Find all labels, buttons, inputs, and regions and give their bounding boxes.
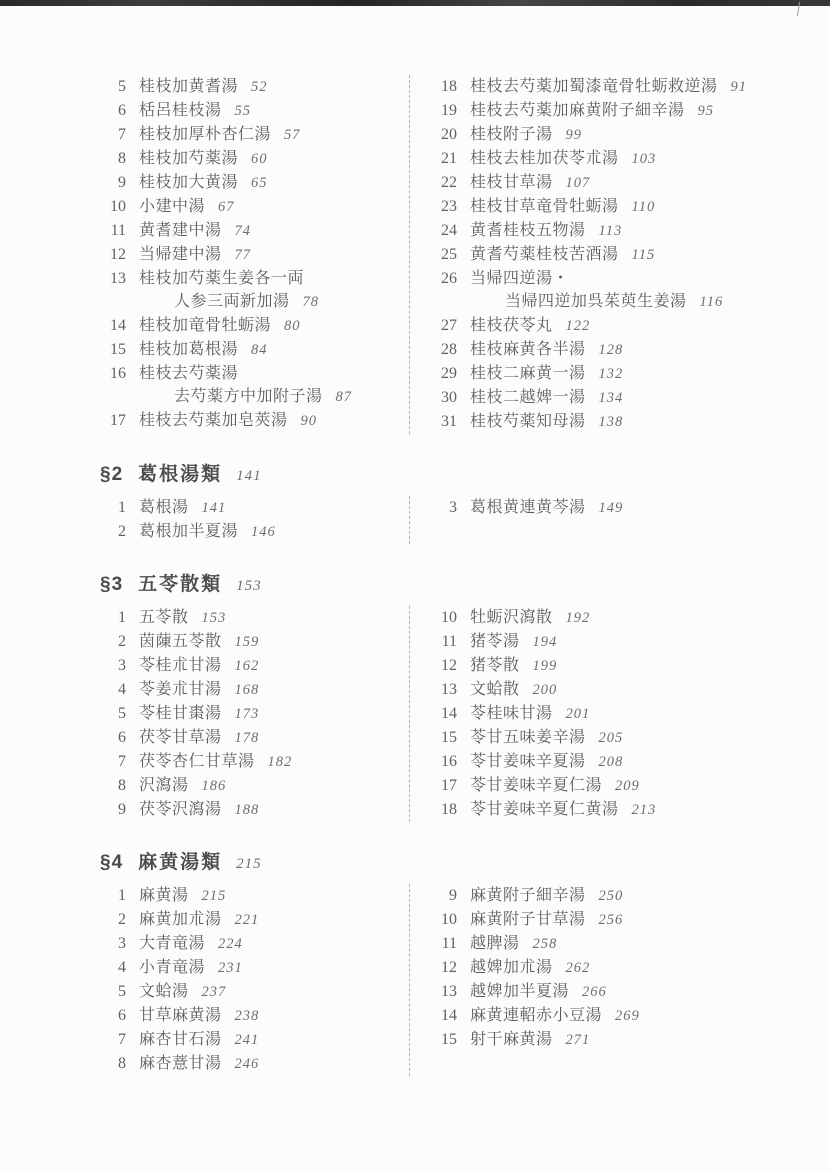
entry-title: 猪苓散 [470, 657, 520, 674]
toc-entry: 13文蛤散200 [431, 678, 794, 702]
entry-number: 9 [100, 171, 126, 195]
entry-number: 5 [100, 980, 126, 1004]
entry-line: 葛根黄連黄芩湯149 [470, 496, 794, 520]
entry-body: 苓甘姜味辛夏仁湯209 [470, 774, 794, 798]
entry-title: 葛根加半夏湯 [139, 523, 238, 540]
entry-title: 五苓散 [139, 609, 189, 626]
entry-title: 桂枝加葛根湯 [139, 341, 238, 358]
entry-number: 12 [431, 654, 457, 678]
section-title: 麻黄湯類 [138, 852, 222, 873]
entry-line: 小青竜湯231 [139, 956, 409, 980]
entry-body: 五苓散153 [139, 606, 409, 630]
toc-entry: 19桂枝去芍薬加麻黄附子細辛湯95 [431, 99, 794, 123]
entry-line: 桂枝加芍薬湯60 [139, 147, 409, 171]
entry-title: 麻杏甘石湯 [139, 1031, 222, 1048]
entry-line: 麻黄加朮湯221 [139, 908, 409, 932]
entry-page-number: 213 [632, 802, 657, 818]
toc-entry: 4小青竜湯231 [100, 956, 409, 980]
entry-page-number: 256 [599, 912, 624, 928]
entry-title: 苓桂朮甘湯 [139, 657, 222, 674]
section-title: 葛根湯類 [138, 464, 222, 485]
entry-number: 9 [100, 798, 126, 822]
entry-title: 桂枝甘草竜骨牡蛎湯 [470, 198, 619, 215]
entry-title: 茵蔯五苓散 [139, 633, 222, 650]
entry-body: 文蛤湯237 [139, 980, 409, 1004]
entry-number: 10 [431, 606, 457, 630]
toc-entry: 5苓桂甘棗湯173 [100, 702, 409, 726]
entry-page-number: 238 [235, 1008, 260, 1024]
entry-body: 麻黄附子細辛湯250 [470, 884, 794, 908]
entry-body: 桂枝加大黄湯65 [139, 171, 409, 195]
entry-body: 苓桂朮甘湯162 [139, 654, 409, 678]
entry-line: 麻杏薏甘湯246 [139, 1052, 409, 1076]
left-column: 1麻黄湯2152麻黄加朮湯2213大青竜湯2244小青竜湯2315文蛤湯2376… [100, 884, 409, 1076]
entry-title: 沢瀉湯 [139, 777, 189, 794]
entry-page-number: 138 [599, 414, 624, 430]
entry-line: 麻杏甘石湯241 [139, 1028, 409, 1052]
entry-page-number: 113 [599, 223, 623, 239]
entry-number: 19 [431, 99, 457, 123]
section-header: §3五苓散類153 [100, 570, 794, 601]
entry-line: 桂枝去芍薬加麻黄附子細辛湯95 [470, 99, 794, 123]
entry-number: 15 [431, 1028, 457, 1052]
entry-body: 茵蔯五苓散159 [139, 630, 409, 654]
entry-page-number: 115 [632, 247, 656, 263]
entry-page-number: 266 [582, 984, 607, 1000]
entry-body: 黄耆芍薬桂枝苦酒湯115 [470, 243, 794, 267]
entry-page-number: 110 [632, 199, 656, 215]
entry-body: 桂枝加芍薬生姜各一両人参三両新加湯78 [139, 267, 409, 314]
entry-line: 越脾湯258 [470, 932, 794, 956]
toc-entry: 1葛根湯141 [100, 496, 409, 520]
left-column: 1葛根湯1412葛根加半夏湯146 [100, 496, 409, 544]
entry-number: 5 [100, 75, 126, 99]
entry-line: 苓甘姜味辛夏仁湯209 [470, 774, 794, 798]
entry-body: 射干麻黄湯271 [470, 1028, 794, 1052]
entry-number: 20 [431, 123, 457, 147]
entry-title: 葛根黄連黄芩湯 [470, 499, 586, 516]
entry-body: 桂枝二麻黄一湯132 [470, 362, 794, 386]
toc-entry: 14苓桂味甘湯201 [431, 702, 794, 726]
entry-number: 6 [100, 99, 126, 123]
entry-body: 桂枝去芍薬加皂莢湯90 [139, 409, 409, 433]
entry-number: 17 [431, 774, 457, 798]
entry-page-number: 173 [235, 706, 260, 722]
entry-body: 甘草麻黄湯238 [139, 1004, 409, 1028]
entry-page-number: 186 [202, 778, 227, 794]
entry-title: 文蛤湯 [139, 983, 189, 1000]
entry-title: 桂枝甘草湯 [470, 174, 553, 191]
entry-number: 21 [431, 147, 457, 171]
left-column: 5桂枝加黄耆湯526栝呂桂枝湯557桂枝加厚朴杏仁湯578桂枝加芍薬湯609桂枝… [100, 75, 409, 434]
entry-page-number: 262 [566, 960, 591, 976]
entry-number: 15 [431, 726, 457, 750]
entry-page-number: 99 [566, 127, 583, 143]
entry-page-number: 141 [202, 500, 227, 516]
entry-line: 桂枝去芍薬湯 [139, 362, 409, 385]
toc-entry: 21桂枝去桂加茯苓朮湯103 [431, 147, 794, 171]
toc-entry: 5文蛤湯237 [100, 980, 409, 1004]
entry-title: 射干麻黄湯 [470, 1031, 553, 1048]
entry-number: 28 [431, 338, 457, 362]
entry-line: 苓桂朮甘湯162 [139, 654, 409, 678]
toc-entry: 28桂枝麻黄各半湯128 [431, 338, 794, 362]
entry-page-number: 258 [533, 936, 558, 952]
entry-title: 麻黄附子細辛湯 [470, 887, 586, 904]
entry-number: 7 [100, 1028, 126, 1052]
entry-title: 当帰建中湯 [139, 246, 222, 263]
toc-entry: 23桂枝甘草竜骨牡蛎湯110 [431, 195, 794, 219]
entry-body: 黄耆建中湯74 [139, 219, 409, 243]
toc-entry: 18桂枝去芍薬加蜀漆竜骨牡蛎救逆湯91 [431, 75, 794, 99]
entry-line: 茯苓沢瀉湯188 [139, 798, 409, 822]
entry-body: 桂枝茯苓丸122 [470, 314, 794, 338]
entry-line: 桂枝甘草竜骨牡蛎湯110 [470, 195, 794, 219]
entry-title: 小青竜湯 [139, 959, 205, 976]
entry-title: 桂枝去芍薬加麻黄附子細辛湯 [470, 102, 685, 119]
entry-number: 5 [100, 702, 126, 726]
entry-body: 文蛤散200 [470, 678, 794, 702]
entry-number: 6 [100, 1004, 126, 1028]
entry-number: 2 [100, 520, 126, 544]
entry-number: 25 [431, 243, 457, 267]
entry-page-number: 116 [700, 294, 724, 310]
toc-entry: 12当帰建中湯77 [100, 243, 409, 267]
entry-subtitle: 当帰四逆加呉茱萸生姜湯 [505, 293, 687, 310]
entry-title: 黄耆建中湯 [139, 222, 222, 239]
toc-section: §3五苓散類1531五苓散1532茵蔯五苓散1593苓桂朮甘湯1624苓姜朮甘湯… [100, 570, 794, 822]
entry-title: 猪苓湯 [470, 633, 520, 650]
toc-entry: 11越脾湯258 [431, 932, 794, 956]
entry-number: 24 [431, 219, 457, 243]
entry-page-number: 122 [566, 318, 591, 334]
entry-line: 茯苓杏仁甘草湯182 [139, 750, 409, 774]
entry-line: 葛根湯141 [139, 496, 409, 520]
entry-line: 越婢加半夏湯266 [470, 980, 794, 1004]
entry-body: 桂枝加葛根湯84 [139, 338, 409, 362]
entry-body: 葛根黄連黄芩湯149 [470, 496, 794, 520]
entry-title: 苓甘姜味辛夏仁湯 [470, 777, 602, 794]
entry-title: 苓姜朮甘湯 [139, 681, 222, 698]
entry-page-number: 188 [235, 802, 260, 818]
section-marker: §3 [100, 574, 123, 595]
right-column: 18桂枝去芍薬加蜀漆竜骨牡蛎救逆湯9119桂枝去芍薬加麻黄附子細辛湯9520桂枝… [410, 75, 794, 434]
toc-entry: 15射干麻黄湯271 [431, 1028, 794, 1052]
entry-number: 4 [100, 956, 126, 980]
section-columns: 5桂枝加黄耆湯526栝呂桂枝湯557桂枝加厚朴杏仁湯578桂枝加芍薬湯609桂枝… [100, 75, 794, 434]
toc-entry: 13桂枝加芍薬生姜各一両人参三両新加湯78 [100, 267, 409, 314]
toc-section: §2葛根湯類1411葛根湯1412葛根加半夏湯1463葛根黄連黄芩湯149 [100, 460, 794, 544]
section-marker: §2 [100, 464, 123, 485]
entry-line: 文蛤湯237 [139, 980, 409, 1004]
entry-title: 苓桂味甘湯 [470, 705, 553, 722]
toc-entry: 7茯苓杏仁甘草湯182 [100, 750, 409, 774]
entry-title: 越婢加半夏湯 [470, 983, 569, 1000]
entry-page-number: 159 [235, 634, 260, 650]
entry-body: 猪苓湯194 [470, 630, 794, 654]
right-column: 9麻黄附子細辛湯25010麻黄附子甘草湯25611越脾湯25812越婢加朮湯26… [410, 884, 794, 1076]
entry-title: 桂枝芍薬知母湯 [470, 413, 586, 430]
entry-body: 麻黄湯215 [139, 884, 409, 908]
entry-number: 1 [100, 884, 126, 908]
entry-body: 苓甘姜味辛夏仁黄湯213 [470, 798, 794, 822]
toc-entry: 7麻杏甘石湯241 [100, 1028, 409, 1052]
entry-line: 桂枝加厚朴杏仁湯57 [139, 123, 409, 147]
toc-entry: 6栝呂桂枝湯55 [100, 99, 409, 123]
entry-title: 越婢加朮湯 [470, 959, 553, 976]
toc-entry: 8沢瀉湯186 [100, 774, 409, 798]
entry-number: 16 [100, 362, 126, 409]
entry-body: 当帰建中湯77 [139, 243, 409, 267]
entry-title: 麻黄加朮湯 [139, 911, 222, 928]
entry-body: 茯苓甘草湯178 [139, 726, 409, 750]
entry-line: 麻黄附子細辛湯250 [470, 884, 794, 908]
entry-page-number: 199 [533, 658, 558, 674]
entry-page-number: 103 [632, 151, 657, 167]
entry-title: 桂枝茯苓丸 [470, 317, 553, 334]
entry-body: 小青竜湯231 [139, 956, 409, 980]
toc-entry: 24黄耆桂枝五物湯113 [431, 219, 794, 243]
toc: 5桂枝加黄耆湯526栝呂桂枝湯557桂枝加厚朴杏仁湯578桂枝加芍薬湯609桂枝… [100, 75, 794, 1076]
entry-title: 苓甘姜味辛夏湯 [470, 753, 586, 770]
entry-page-number: 78 [303, 294, 320, 310]
entry-page-number: 215 [202, 888, 227, 904]
entry-line: 桂枝去芍薬加皂莢湯90 [139, 409, 409, 433]
entry-body: 栝呂桂枝湯55 [139, 99, 409, 123]
entry-line: 桂枝去桂加茯苓朮湯103 [470, 147, 794, 171]
toc-entry: 14麻黄連軺赤小豆湯269 [431, 1004, 794, 1028]
toc-entry: 9麻黄附子細辛湯250 [431, 884, 794, 908]
entry-line: 文蛤散200 [470, 678, 794, 702]
entry-line-continuation: 去芍薬方中加附子湯87 [139, 385, 409, 409]
toc-entry: 8桂枝加芍薬湯60 [100, 147, 409, 171]
entry-number: 2 [100, 908, 126, 932]
toc-entry: 31桂枝芍薬知母湯138 [431, 410, 794, 434]
entry-body: 麻杏甘石湯241 [139, 1028, 409, 1052]
entry-page-number: 107 [566, 175, 591, 191]
entry-title: 苓甘五味姜辛湯 [470, 729, 586, 746]
entry-page-number: 80 [284, 318, 301, 334]
entry-page-number: 241 [235, 1032, 260, 1048]
entry-number: 23 [431, 195, 457, 219]
entry-line: 苓甘姜味辛夏仁黄湯213 [470, 798, 794, 822]
entry-page-number: 200 [533, 682, 558, 698]
toc-entry: 17苓甘姜味辛夏仁湯209 [431, 774, 794, 798]
entry-title: 茯苓甘草湯 [139, 729, 222, 746]
entry-number: 30 [431, 386, 457, 410]
entry-title: 茯苓杏仁甘草湯 [139, 753, 255, 770]
toc-entry: 1五苓散153 [100, 606, 409, 630]
toc-entry: 6茯苓甘草湯178 [100, 726, 409, 750]
entry-page-number: 205 [599, 730, 624, 746]
toc-entry: 9桂枝加大黄湯65 [100, 171, 409, 195]
entry-title: 黄耆芍薬桂枝苦酒湯 [470, 246, 619, 263]
entry-page-number: 91 [731, 79, 748, 95]
entry-body: 桂枝芍薬知母湯138 [470, 410, 794, 434]
entry-page-number: 77 [235, 247, 252, 263]
section-title: 五苓散類 [138, 574, 222, 595]
toc-entry: 16桂枝去芍薬湯去芍薬方中加附子湯87 [100, 362, 409, 409]
entry-body: 桂枝麻黄各半湯128 [470, 338, 794, 362]
entry-number: 3 [100, 932, 126, 956]
entry-line: 桂枝加大黄湯65 [139, 171, 409, 195]
right-column: 3葛根黄連黄芩湯149 [410, 496, 794, 544]
section-columns: 1麻黄湯2152麻黄加朮湯2213大青竜湯2244小青竜湯2315文蛤湯2376… [100, 884, 794, 1076]
entry-number: 22 [431, 171, 457, 195]
toc-entry: 4苓姜朮甘湯168 [100, 678, 409, 702]
entry-number: 27 [431, 314, 457, 338]
entry-title: 甘草麻黄湯 [139, 1007, 222, 1024]
entry-number: 14 [100, 314, 126, 338]
toc-entry: 20桂枝附子湯99 [431, 123, 794, 147]
entry-line: 沢瀉湯186 [139, 774, 409, 798]
entry-line: 小建中湯67 [139, 195, 409, 219]
entry-line: 桂枝加黄耆湯52 [139, 75, 409, 99]
entry-page-number: 95 [698, 103, 715, 119]
entry-page-number: 149 [599, 500, 624, 516]
entry-body: 大青竜湯224 [139, 932, 409, 956]
section-columns: 1五苓散1532茵蔯五苓散1593苓桂朮甘湯1624苓姜朮甘湯1685苓桂甘棗湯… [100, 606, 794, 822]
entry-body: 猪苓散199 [470, 654, 794, 678]
toc-entry: 12越婢加朮湯262 [431, 956, 794, 980]
toc-entry: 18苓甘姜味辛夏仁黄湯213 [431, 798, 794, 822]
entry-body: 茯苓杏仁甘草湯182 [139, 750, 409, 774]
entry-subtitle: 去芍薬方中加附子湯 [174, 388, 323, 405]
entry-page-number: 231 [218, 960, 243, 976]
entry-line: 桂枝附子湯99 [470, 123, 794, 147]
entry-number: 10 [431, 908, 457, 932]
toc-entry: 15苓甘五味姜辛湯205 [431, 726, 794, 750]
entry-title: 桂枝加黄耆湯 [139, 78, 238, 95]
entry-page-number: 52 [251, 79, 268, 95]
entry-number: 13 [100, 267, 126, 314]
entry-line: 麻黄附子甘草湯256 [470, 908, 794, 932]
section-header: §2葛根湯類141 [100, 460, 794, 491]
entry-page-number: 60 [251, 151, 268, 167]
entry-body: 牡蛎沢瀉散192 [470, 606, 794, 630]
entry-line: 桂枝茯苓丸122 [470, 314, 794, 338]
entry-page-number: 194 [533, 634, 558, 650]
entry-body: 当帰四逆湯・当帰四逆加呉茱萸生姜湯116 [470, 267, 794, 314]
entry-title: 桂枝加厚朴杏仁湯 [139, 126, 271, 143]
entry-line: 桂枝加芍薬生姜各一両 [139, 267, 409, 290]
entry-number: 1 [100, 496, 126, 520]
toc-entry: 25黄耆芍薬桂枝苦酒湯115 [431, 243, 794, 267]
entry-page-number: 87 [336, 389, 353, 405]
entry-line-continuation: 当帰四逆加呉茱萸生姜湯116 [470, 290, 794, 314]
entry-body: 桂枝甘草湯107 [470, 171, 794, 195]
entry-page-number: 55 [235, 103, 252, 119]
entry-title: 牡蛎沢瀉散 [470, 609, 553, 626]
entry-number: 18 [431, 798, 457, 822]
entry-title: 桂枝二越婢一湯 [470, 389, 586, 406]
entry-title: 栝呂桂枝湯 [139, 102, 222, 119]
toc-entry: 29桂枝二麻黄一湯132 [431, 362, 794, 386]
entry-title: 桂枝附子湯 [470, 126, 553, 143]
toc-entry: 10麻黄附子甘草湯256 [431, 908, 794, 932]
toc-entry: 3大青竜湯224 [100, 932, 409, 956]
toc-entry: 10小建中湯67 [100, 195, 409, 219]
entry-page-number: 271 [566, 1032, 591, 1048]
toc-entry: 3葛根黄連黄芩湯149 [431, 496, 794, 520]
entry-number: 3 [100, 654, 126, 678]
entry-line: 猪苓湯194 [470, 630, 794, 654]
toc-entry: 17桂枝去芍薬加皂莢湯90 [100, 409, 409, 433]
entry-body: 茯苓沢瀉湯188 [139, 798, 409, 822]
entry-number: 11 [431, 932, 457, 956]
entry-line: 射干麻黄湯271 [470, 1028, 794, 1052]
entry-title: 桂枝加芍薬生姜各一両 [139, 270, 304, 287]
entry-title: 桂枝加芍薬湯 [139, 150, 238, 167]
entry-title: 葛根湯 [139, 499, 189, 516]
toc-entry: 8麻杏薏甘湯246 [100, 1052, 409, 1076]
entry-line: 牡蛎沢瀉散192 [470, 606, 794, 630]
entry-title: 黄耆桂枝五物湯 [470, 222, 586, 239]
toc-entry: 15桂枝加葛根湯84 [100, 338, 409, 362]
entry-body: 桂枝甘草竜骨牡蛎湯110 [470, 195, 794, 219]
entry-number: 7 [100, 123, 126, 147]
entry-page-number: 221 [235, 912, 260, 928]
entry-body: 苓桂味甘湯201 [470, 702, 794, 726]
section-header: §4麻黄湯類215 [100, 848, 794, 879]
toc-entry: 30桂枝二越婢一湯134 [431, 386, 794, 410]
entry-number: 8 [100, 774, 126, 798]
entry-title: 桂枝加竜骨牡蛎湯 [139, 317, 271, 334]
toc-entry: 2麻黄加朮湯221 [100, 908, 409, 932]
toc-entry: 2葛根加半夏湯146 [100, 520, 409, 544]
entry-page-number: 74 [235, 223, 252, 239]
entry-number: 8 [100, 1052, 126, 1076]
entry-page-number: 208 [599, 754, 624, 770]
entry-line: 麻黄湯215 [139, 884, 409, 908]
entry-page-number: 192 [566, 610, 591, 626]
entry-number: 6 [100, 726, 126, 750]
entry-line: 苓桂甘棗湯173 [139, 702, 409, 726]
entry-body: 麻杏薏甘湯246 [139, 1052, 409, 1076]
entry-title: 桂枝二麻黄一湯 [470, 365, 586, 382]
entry-page-number: 128 [599, 342, 624, 358]
entry-line: 黄耆桂枝五物湯113 [470, 219, 794, 243]
entry-title: 桂枝去芍薬加蜀漆竜骨牡蛎救逆湯 [470, 78, 718, 95]
entry-line: 苓甘姜味辛夏湯208 [470, 750, 794, 774]
entry-line: 黄耆建中湯74 [139, 219, 409, 243]
entry-body: 桂枝去桂加茯苓朮湯103 [470, 147, 794, 171]
entry-line: 桂枝麻黄各半湯128 [470, 338, 794, 362]
entry-line: 当帰四逆湯・ [470, 267, 794, 290]
entry-title: 麻黄附子甘草湯 [470, 911, 586, 928]
entry-line: 麻黄連軺赤小豆湯269 [470, 1004, 794, 1028]
entry-body: 桂枝加芍薬湯60 [139, 147, 409, 171]
entry-line: 桂枝二越婢一湯134 [470, 386, 794, 410]
entry-line-continuation: 人参三両新加湯78 [139, 290, 409, 314]
entry-title: 文蛤散 [470, 681, 520, 698]
entry-number: 7 [100, 750, 126, 774]
entry-body: 桂枝加竜骨牡蛎湯80 [139, 314, 409, 338]
section-columns: 1葛根湯1412葛根加半夏湯1463葛根黄連黄芩湯149 [100, 496, 794, 544]
entry-number: 4 [100, 678, 126, 702]
toc-entry: 22桂枝甘草湯107 [431, 171, 794, 195]
entry-line: 葛根加半夏湯146 [139, 520, 409, 544]
entry-line: 桂枝加竜骨牡蛎湯80 [139, 314, 409, 338]
toc-entry: 13越婢加半夏湯266 [431, 980, 794, 1004]
entry-line: 黄耆芍薬桂枝苦酒湯115 [470, 243, 794, 267]
entry-number: 1 [100, 606, 126, 630]
entry-body: 越婢加半夏湯266 [470, 980, 794, 1004]
entry-number: 12 [100, 243, 126, 267]
entry-body: 麻黄附子甘草湯256 [470, 908, 794, 932]
entry-page-number: 269 [615, 1008, 640, 1024]
entry-body: 桂枝加厚朴杏仁湯57 [139, 123, 409, 147]
